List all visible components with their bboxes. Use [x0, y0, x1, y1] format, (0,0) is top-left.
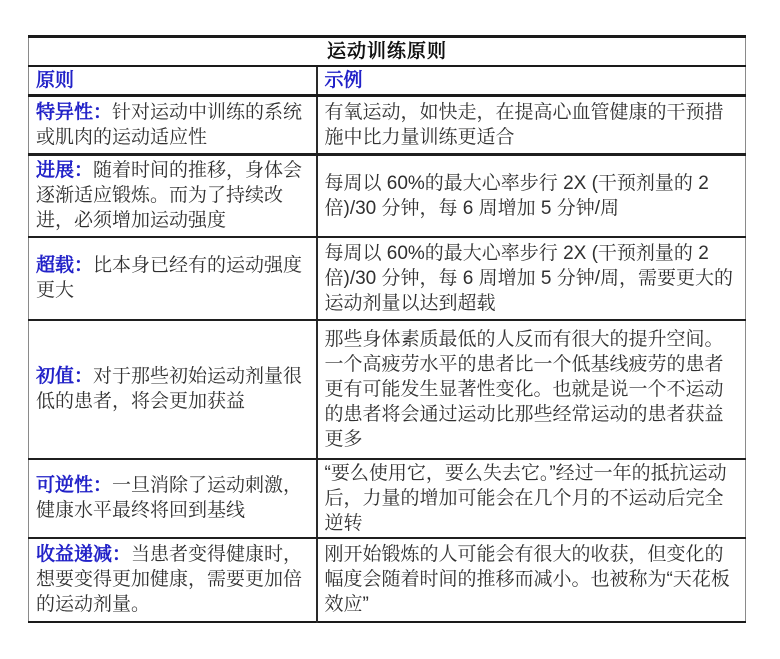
table-title: 运动训练原则	[29, 37, 746, 67]
example-cell: 每周以 60%的最大心率步行 2X (干预剂量的 2 倍)/30 分钟，每 6 …	[317, 155, 746, 237]
principle-cell: 超载：比本身已经有的运动强度更大	[29, 237, 317, 320]
exercise-training-principles-table: 运动训练原则 原则 示例 特异性：针对运动中训练的系统或肌肉的运动适应性 有氧运…	[28, 35, 746, 623]
example-cell: 那些身体素质最低的人反而有很大的提升空间。一个高疲劳水平的患者比一个低基线疲劳的…	[317, 320, 746, 459]
table-row-initial-value: 初值：对于那些初始运动剂量很低的患者，将会更加获益 那些身体素质最低的人反而有很…	[29, 320, 746, 459]
principle-cell: 特异性：针对运动中训练的系统或肌肉的运动适应性	[29, 96, 317, 155]
example-cell: 有氧运动，如快走，在提高心血管健康的干预措施中比力量训练更适合	[317, 96, 746, 155]
table-row-specificity: 特异性：针对运动中训练的系统或肌肉的运动适应性 有氧运动，如快走，在提高心血管健…	[29, 96, 746, 155]
principle-cell: 可逆性：一旦消除了运动刺激，健康水平最终将回到基线	[29, 459, 317, 538]
principle-term: 特异性：	[36, 102, 112, 123]
principle-cell: 初值：对于那些初始运动剂量很低的患者，将会更加获益	[29, 320, 317, 459]
table-row-progression: 进展：随着时间的推移，身体会逐渐适应锻炼。而为了持续改进，必须增加运动强度 每周…	[29, 155, 746, 237]
principle-term: 初值：	[36, 366, 93, 387]
principle-term: 超载：	[36, 255, 93, 276]
table-title-row: 运动训练原则	[29, 37, 746, 67]
table-row-overload: 超载：比本身已经有的运动强度更大 每周以 60%的最大心率步行 2X (干预剂量…	[29, 237, 746, 320]
principle-term: 进展：	[36, 160, 93, 181]
table-header-row: 原则 示例	[29, 66, 746, 96]
example-cell: “要么使用它，要么失去它。”经过一年的抵抗运动后，力量的增加可能会在几个月的不运…	[317, 459, 746, 538]
principle-cell: 收益递减：当患者变得健康时，想要变得更加健康，需要更加倍的运动剂量。	[29, 538, 317, 622]
example-cell: 刚开始锻炼的人可能会有很大的收获，但变化的幅度会随着时间的推移而减小。也被称为“…	[317, 538, 746, 622]
column-header-example: 示例	[317, 66, 746, 96]
example-cell: 每周以 60%的最大心率步行 2X (干预剂量的 2 倍)/30 分钟，每 6 …	[317, 237, 746, 320]
principle-cell: 进展：随着时间的推移，身体会逐渐适应锻炼。而为了持续改进，必须增加运动强度	[29, 155, 317, 237]
table-row-reversibility: 可逆性：一旦消除了运动刺激，健康水平最终将回到基线 “要么使用它，要么失去它。”…	[29, 459, 746, 538]
page-background: 运动训练原则 原则 示例 特异性：针对运动中训练的系统或肌肉的运动适应性 有氧运…	[0, 0, 780, 659]
table-row-diminishing-returns: 收益递减：当患者变得健康时，想要变得更加健康，需要更加倍的运动剂量。 刚开始锻炼…	[29, 538, 746, 622]
principle-term: 可逆性：	[36, 475, 112, 496]
principle-term: 收益递减：	[36, 544, 131, 565]
column-header-principle: 原则	[29, 66, 317, 96]
